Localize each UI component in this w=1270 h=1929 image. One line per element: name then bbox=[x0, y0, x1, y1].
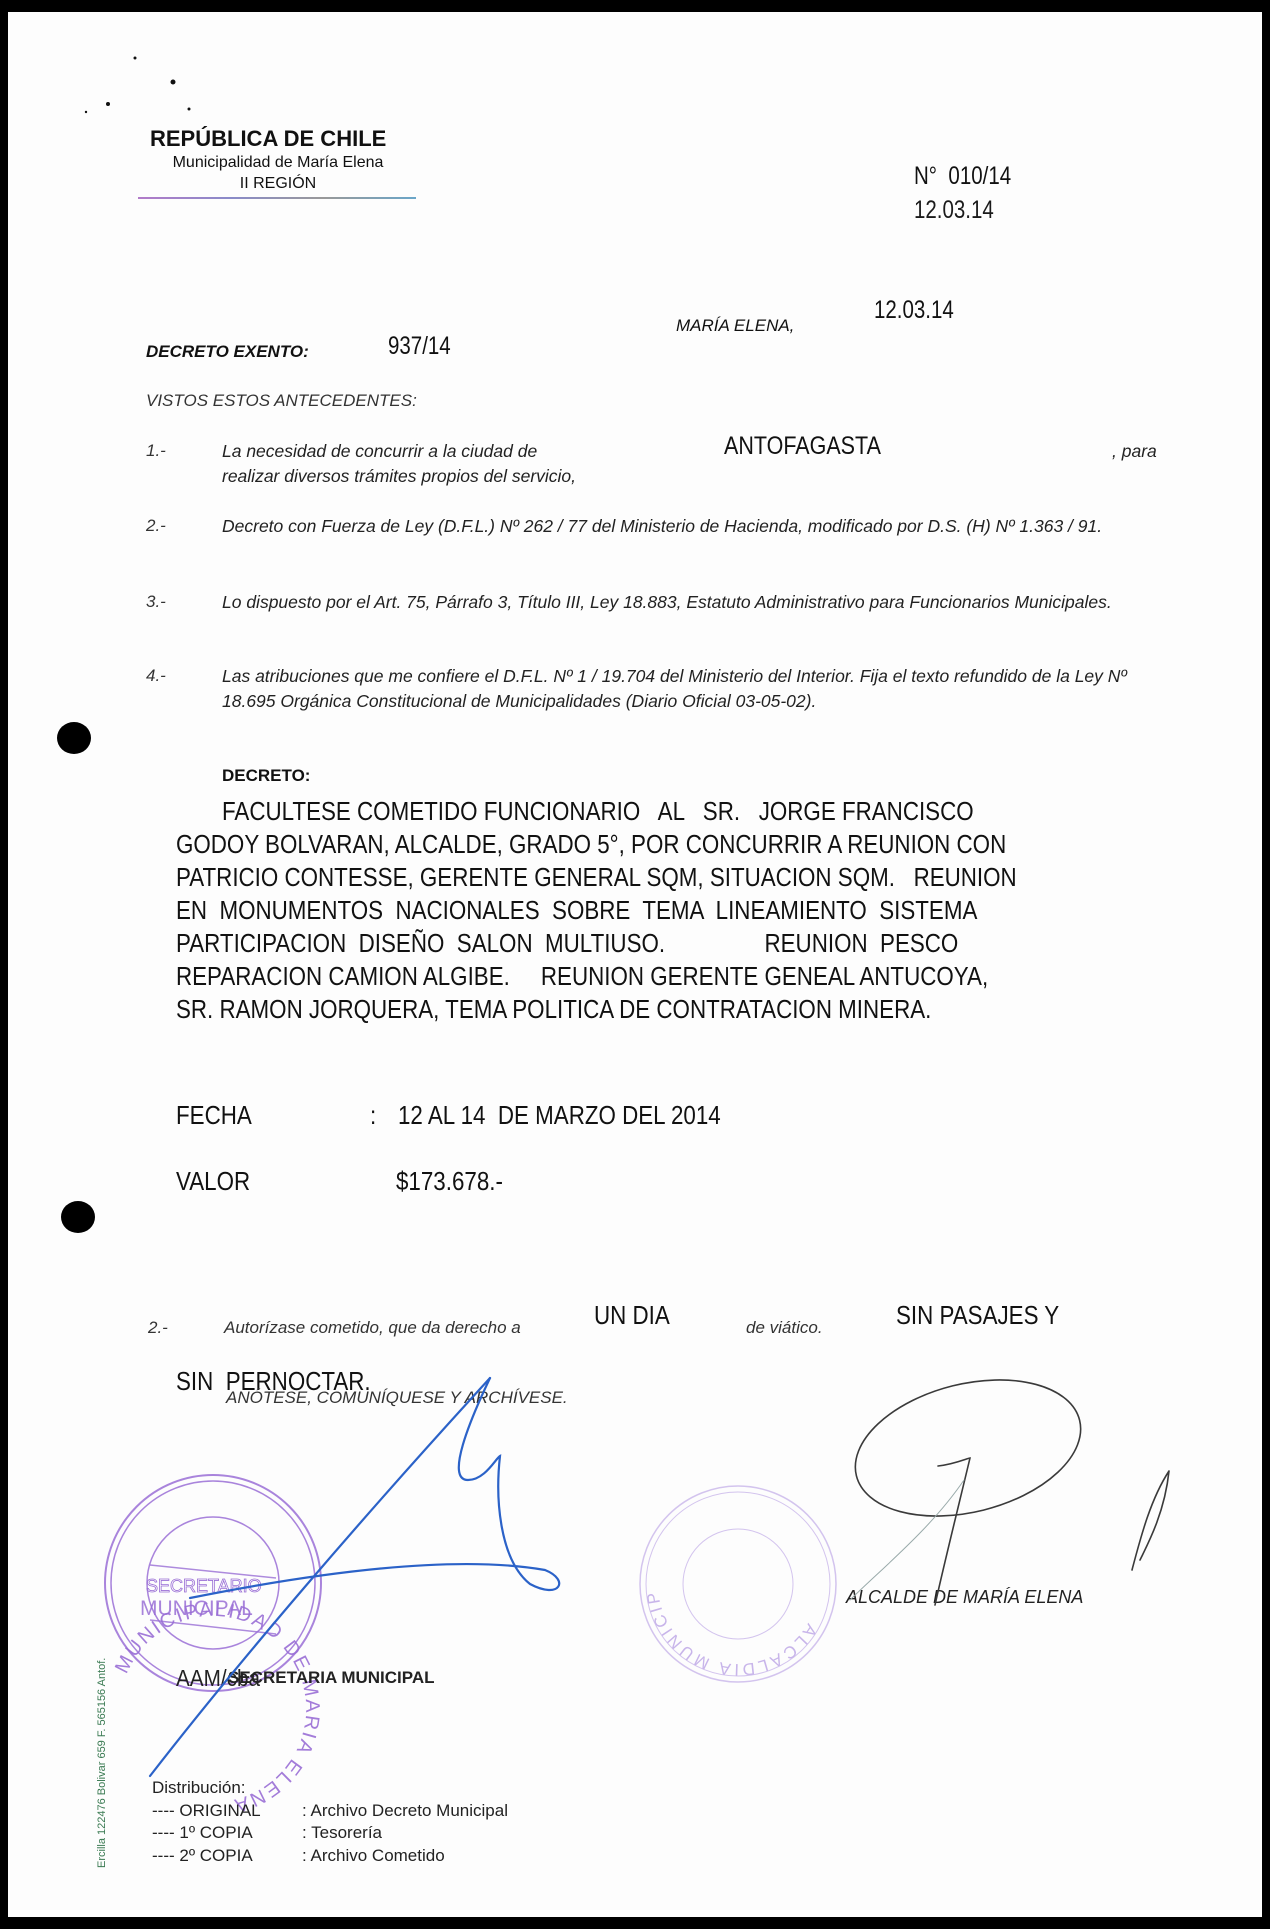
vistos-item-number: 3.- bbox=[146, 592, 166, 612]
decree-date: 12.03.14 bbox=[874, 296, 954, 325]
secretaria-title: SECRETARIA MUNICIPAL bbox=[228, 1668, 435, 1688]
decreto-line: SR. RAMON JORQUERA, TEMA POLITICA DE CON… bbox=[176, 994, 931, 1025]
vistos-item-number: 2.- bbox=[146, 516, 166, 536]
vistos-item-number: 1.- bbox=[146, 441, 166, 461]
vistos-item-text: , para bbox=[1112, 441, 1157, 462]
punch-hole bbox=[57, 722, 91, 754]
distribution-destination: : Archivo Cometido bbox=[302, 1846, 445, 1866]
vistos-item-text: Las atribuciones que me confiere el D.F.… bbox=[222, 664, 1167, 714]
alcalde-title: ALCALDE DE MARÍA ELENA bbox=[846, 1587, 1083, 1608]
decreto-line: EN MONUMENTOS NACIONALES SOBRE TEMA LINE… bbox=[176, 895, 977, 926]
decreto-line: REPARACION CAMION ALGIBE. REUNION GERENT… bbox=[176, 961, 988, 992]
vistos-item-text: Decreto con Fuerza de Ley (D.F.L.) Nº 26… bbox=[222, 514, 1167, 539]
valor-label: VALOR bbox=[176, 1166, 250, 1197]
decreto-line: GODOY BOLVARAN, ALCALDE, GRADO 5°, POR C… bbox=[176, 829, 1006, 860]
viatico-extra: SIN PASAJES Y bbox=[896, 1300, 1059, 1331]
decreto-line: PARTICIPACION DISEÑO SALON MULTIUSO. REU… bbox=[176, 928, 958, 959]
number-value: 010/14 bbox=[948, 162, 1011, 190]
distribution-destination: : Archivo Decreto Municipal bbox=[302, 1801, 508, 1821]
decree-number: 937/14 bbox=[388, 332, 451, 361]
decreto-line: PATRICIO CONTESSE, GERENTE GENERAL SQM, … bbox=[176, 862, 1017, 893]
decree-label: DECRETO EXENTO: bbox=[146, 342, 309, 362]
number-label: N° bbox=[914, 162, 937, 190]
vistos-heading: VISTOS ESTOS ANTECEDENTES: bbox=[146, 391, 417, 411]
article-text: de viático. bbox=[746, 1318, 823, 1338]
handwritten-date: 12.03.14 bbox=[914, 196, 994, 225]
vistos-item-text: La necesidad de concurrir a la ciudad de bbox=[222, 441, 537, 462]
fecha-label: FECHA bbox=[176, 1100, 252, 1131]
vistos-item-text: Lo dispuesto por el Art. 75, Párrafo 3, … bbox=[222, 590, 1167, 615]
region-name: II REGIÓN bbox=[148, 175, 408, 193]
vistos-item-text: realizar diversos trámites propios del s… bbox=[222, 466, 576, 487]
closing-formula: ANÓTESE, COMUNÍQUESE Y ARCHÍVESE. bbox=[226, 1388, 568, 1408]
decreto-heading: DECRETO: bbox=[222, 766, 310, 786]
punch-hole bbox=[61, 1201, 95, 1233]
valor-value: $173.678.- bbox=[396, 1166, 503, 1197]
decreto-line: FACULTESE COMETIDO FUNCIONARIO AL SR. JO… bbox=[222, 796, 974, 827]
municipality-name: Municipalidad de María Elena bbox=[148, 154, 408, 172]
fecha-colon: : bbox=[370, 1100, 376, 1131]
article-text: Autorízase cometido, que da derecho a bbox=[224, 1318, 521, 1338]
destination-city: ANTOFAGASTA bbox=[724, 432, 881, 461]
distribution-copy: ---- 2º COPIA bbox=[152, 1846, 253, 1866]
article-number: 2.- bbox=[148, 1318, 168, 1338]
country-title: REPÚBLICA DE CHILE bbox=[150, 126, 386, 152]
document-number: N° 010/14 bbox=[914, 162, 1011, 191]
distribution-heading: Distribución: bbox=[152, 1778, 246, 1798]
distribution-copy: ---- ORIGINAL bbox=[152, 1801, 261, 1821]
vistos-item-number: 4.- bbox=[146, 666, 166, 686]
fecha-value: 12 AL 14 DE MARZO DEL 2014 bbox=[398, 1100, 721, 1131]
printer-imprint: Ercilla 122476 Bolivar 659 F. 565156 Ant… bbox=[96, 1658, 108, 1868]
header-divider bbox=[138, 197, 416, 199]
distribution-destination: : Tesorería bbox=[302, 1823, 382, 1843]
distribution-copy: ---- 1º COPIA bbox=[152, 1823, 253, 1843]
viatico-days: UN DIA bbox=[594, 1300, 670, 1331]
decree-place: MARÍA ELENA, bbox=[676, 316, 794, 336]
